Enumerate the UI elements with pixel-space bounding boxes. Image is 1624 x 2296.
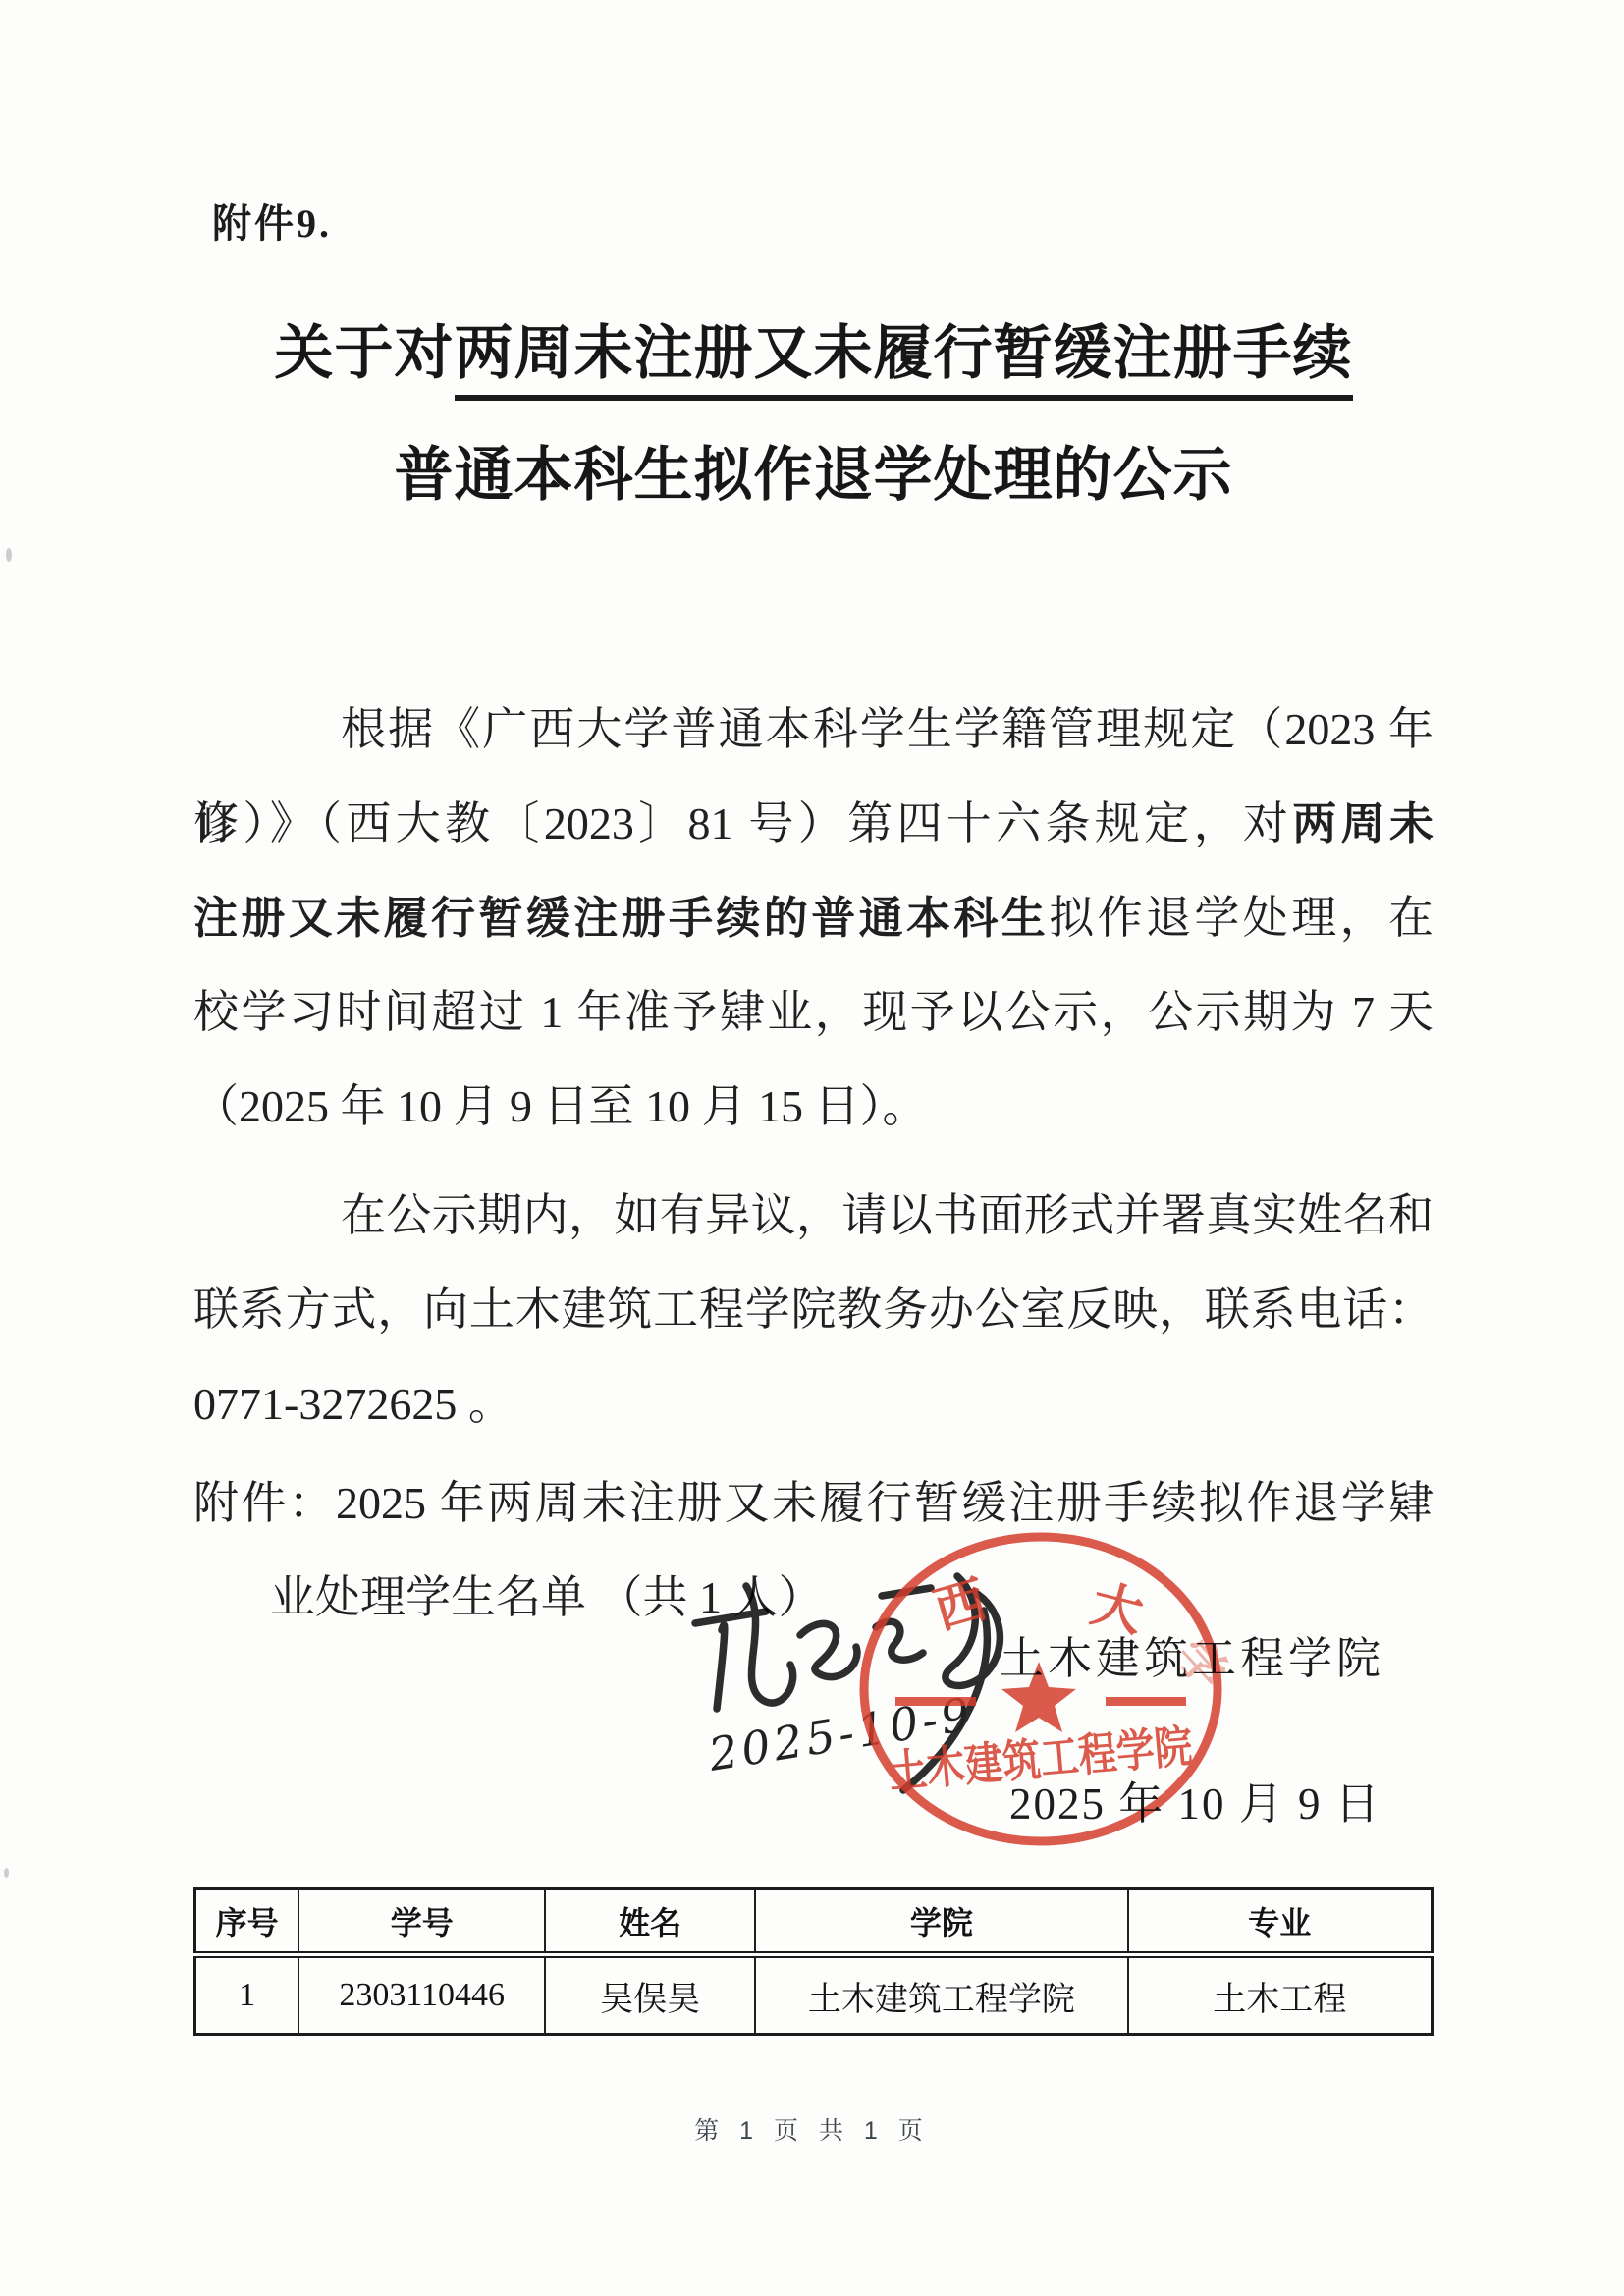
body-line: 根据《广西大学普通本科学生学籍管理规定（2023 年修 (193, 683, 1434, 777)
body-line: 订）》（西大教〔2023〕81 号）第四十六条规定，对两周未 (193, 777, 1434, 871)
seal-star (1001, 1662, 1076, 1732)
seal-and-signature-overlay: 2025-10-9 西 大 学 土木建筑工程学院 (619, 1517, 1326, 1861)
official-seal: 西 大 学 土木建筑工程学院 (864, 1537, 1235, 1841)
roster-header-cell: 学院 (755, 1889, 1127, 1955)
roster-cell: 2303110446 (298, 1955, 545, 2035)
body-text-bold: 注册又未履行暂缓注册手续的普通本科生 (193, 893, 1049, 943)
doc-title-line1: 关于对两周未注册又未履行暂缓注册手续 (193, 306, 1434, 391)
scan-speck (6, 548, 12, 562)
roster-header-cell: 学号 (298, 1889, 545, 1955)
body-text: （2025 年 10 月 9 日至 10 月 15 日）。 (193, 1081, 928, 1131)
roster-header-cell: 姓名 (545, 1889, 755, 1955)
body-text: 在公示期内，如有异议，请以书面形式并署真实姓名和 (341, 1190, 1434, 1240)
body-text-bold: 两周未 (1292, 798, 1434, 848)
page-footer: 第 1 页 共 1 页 (0, 2111, 1624, 2147)
roster-table: 序号学号姓名学院专业 12303110446吴俣昊土木建筑工程学院土木工程 (193, 1887, 1434, 2036)
doc-title-line1-prefix: 关于对 (275, 320, 455, 386)
body-line: （2025 年 10 月 9 日至 10 月 15 日）。 (193, 1060, 1434, 1154)
doc-title-line1-underlined: 两周未注册又未履行暂缓注册手续 (455, 320, 1353, 401)
body-text: 订）》（西大教〔2023〕81 号）第四十六条规定，对 (193, 798, 1292, 848)
scan-speck (4, 1868, 9, 1878)
roster-cell: 土木建筑工程学院 (755, 1955, 1127, 2035)
body-line: 0771-3272625 。 (193, 1357, 1434, 1451)
seal-arc-char-faint: 学 (1165, 1629, 1236, 1699)
roster-header-cell: 专业 (1128, 1889, 1433, 1955)
body-paragraph-regulation: 根据《广西大学普通本科学生学籍管理规定（2023 年修订）》（西大教〔2023〕… (193, 683, 1434, 1154)
roster-cell: 1 (195, 1955, 299, 2035)
body-text: 拟作退学处理，在 (1049, 893, 1434, 943)
seal-arc-char-right: 大 (1085, 1576, 1148, 1643)
doc-title-line2: 普通本科生拟作退学处理的公示 (193, 428, 1434, 513)
attachment-number: 附件9. (212, 192, 332, 248)
seal-bar-right (1106, 1697, 1186, 1706)
roster-header-cell: 序号 (195, 1889, 299, 1955)
body-line: 在公示期内，如有异议，请以书面形式并署真实姓名和 (193, 1169, 1434, 1263)
body-line: 注册又未履行暂缓注册手续的普通本科生拟作退学处理，在 (193, 871, 1434, 965)
seal-bar-left (895, 1697, 976, 1706)
roster-cell: 吴俣昊 (545, 1955, 755, 2035)
roster-header-row: 序号学号姓名学院专业 (195, 1889, 1433, 1955)
roster-row: 12303110446吴俣昊土木建筑工程学院土木工程 (195, 1955, 1433, 2035)
body-text: 校学习时间超过 1 年准予肄业，现予以公示，公示期为 7 天 (193, 987, 1434, 1037)
body-paragraph-objection: 在公示期内，如有异议，请以书面形式并署真实姓名和联系方式，向土木建筑工程学院教务… (193, 1169, 1434, 1451)
body-text: 联系方式，向土木建筑工程学院教务办公室反映，联系电话： (193, 1285, 1434, 1335)
roster-cell: 土木工程 (1128, 1955, 1433, 2035)
body-text: 0771-3272625 。 (193, 1379, 514, 1429)
seal-arc-char-left: 西 (928, 1572, 993, 1640)
body-line: 联系方式，向土木建筑工程学院教务办公室反映，联系电话： (193, 1263, 1434, 1357)
body-line: 校学习时间超过 1 年准予肄业，现予以公示，公示期为 7 天 (193, 965, 1434, 1060)
